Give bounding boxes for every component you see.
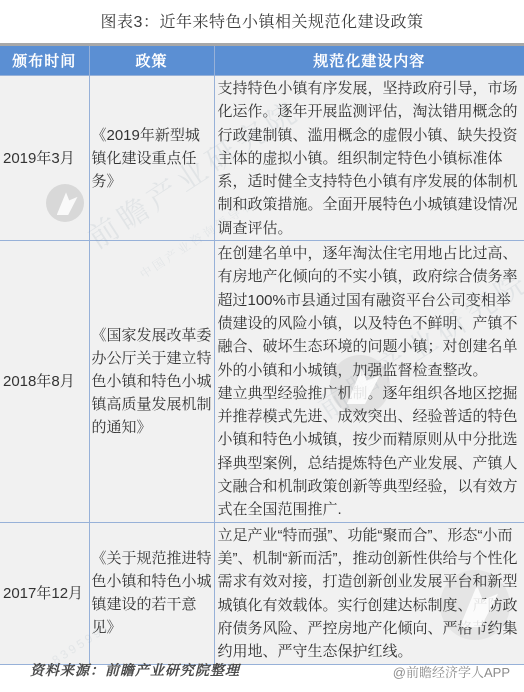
table-header-row: 颁布时间 政策 规范化建设内容: [0, 45, 524, 76]
cell-policy: 《关于规范推进特色小镇和特色小城镇建设的若干意见》: [89, 522, 214, 664]
policy-table: 颁布时间 政策 规范化建设内容 2019年3月 《2019年新型城镇化建设重点任…: [0, 43, 524, 665]
column-header-content: 规范化建设内容: [214, 45, 524, 76]
cell-content: 在创建名单中，逐年淘汰住宅用地占比过高、有房地产化倾向的不实小镇，政府综合债务率…: [214, 241, 524, 523]
cell-date: 2018年8月: [0, 241, 89, 523]
column-header-date: 颁布时间: [0, 45, 89, 76]
table-row: 2018年8月 《国家发展改革委办公厅关于建立特色小镇和特色小城镇高质量发展机制…: [0, 241, 524, 523]
cell-policy: 《2019年新型城镇化建设重点任务》: [89, 76, 214, 241]
column-header-policy: 政策: [89, 45, 214, 76]
brand-credit: @前瞻经济学人APP: [393, 662, 510, 681]
cell-content: 立足产业“特而强”、功能“聚而合”、形态“小而美”、机制“新而活”，推动创新性供…: [214, 522, 524, 664]
cell-content: 支持特色小镇有序发展，坚持政府引导，市场化运作。逐年开展监测评估，淘汰错用概念的…: [214, 76, 524, 241]
table-row: 2017年12月 《关于规范推进特色小镇和特色小城镇建设的若干意见》 立足产业“…: [0, 522, 524, 664]
page-title: 图表3：近年来特色小镇相关规范化建设政策: [0, 9, 524, 32]
cell-date: 2019年3月: [0, 76, 89, 241]
cell-date: 2017年12月: [0, 522, 89, 664]
cell-policy: 《国家发展改革委办公厅关于建立特色小镇和特色小城镇高质量发展机制的通知》: [89, 241, 214, 523]
source-note: 资料来源：前瞻产业研究院整理: [30, 660, 240, 680]
table-row: 2019年3月 《2019年新型城镇化建设重点任务》 支持特色小镇有序发展，坚持…: [0, 76, 524, 241]
page: 图表3：近年来特色小镇相关规范化建设政策 颁布时间 政策 规范化建设内容 201…: [0, 0, 524, 692]
